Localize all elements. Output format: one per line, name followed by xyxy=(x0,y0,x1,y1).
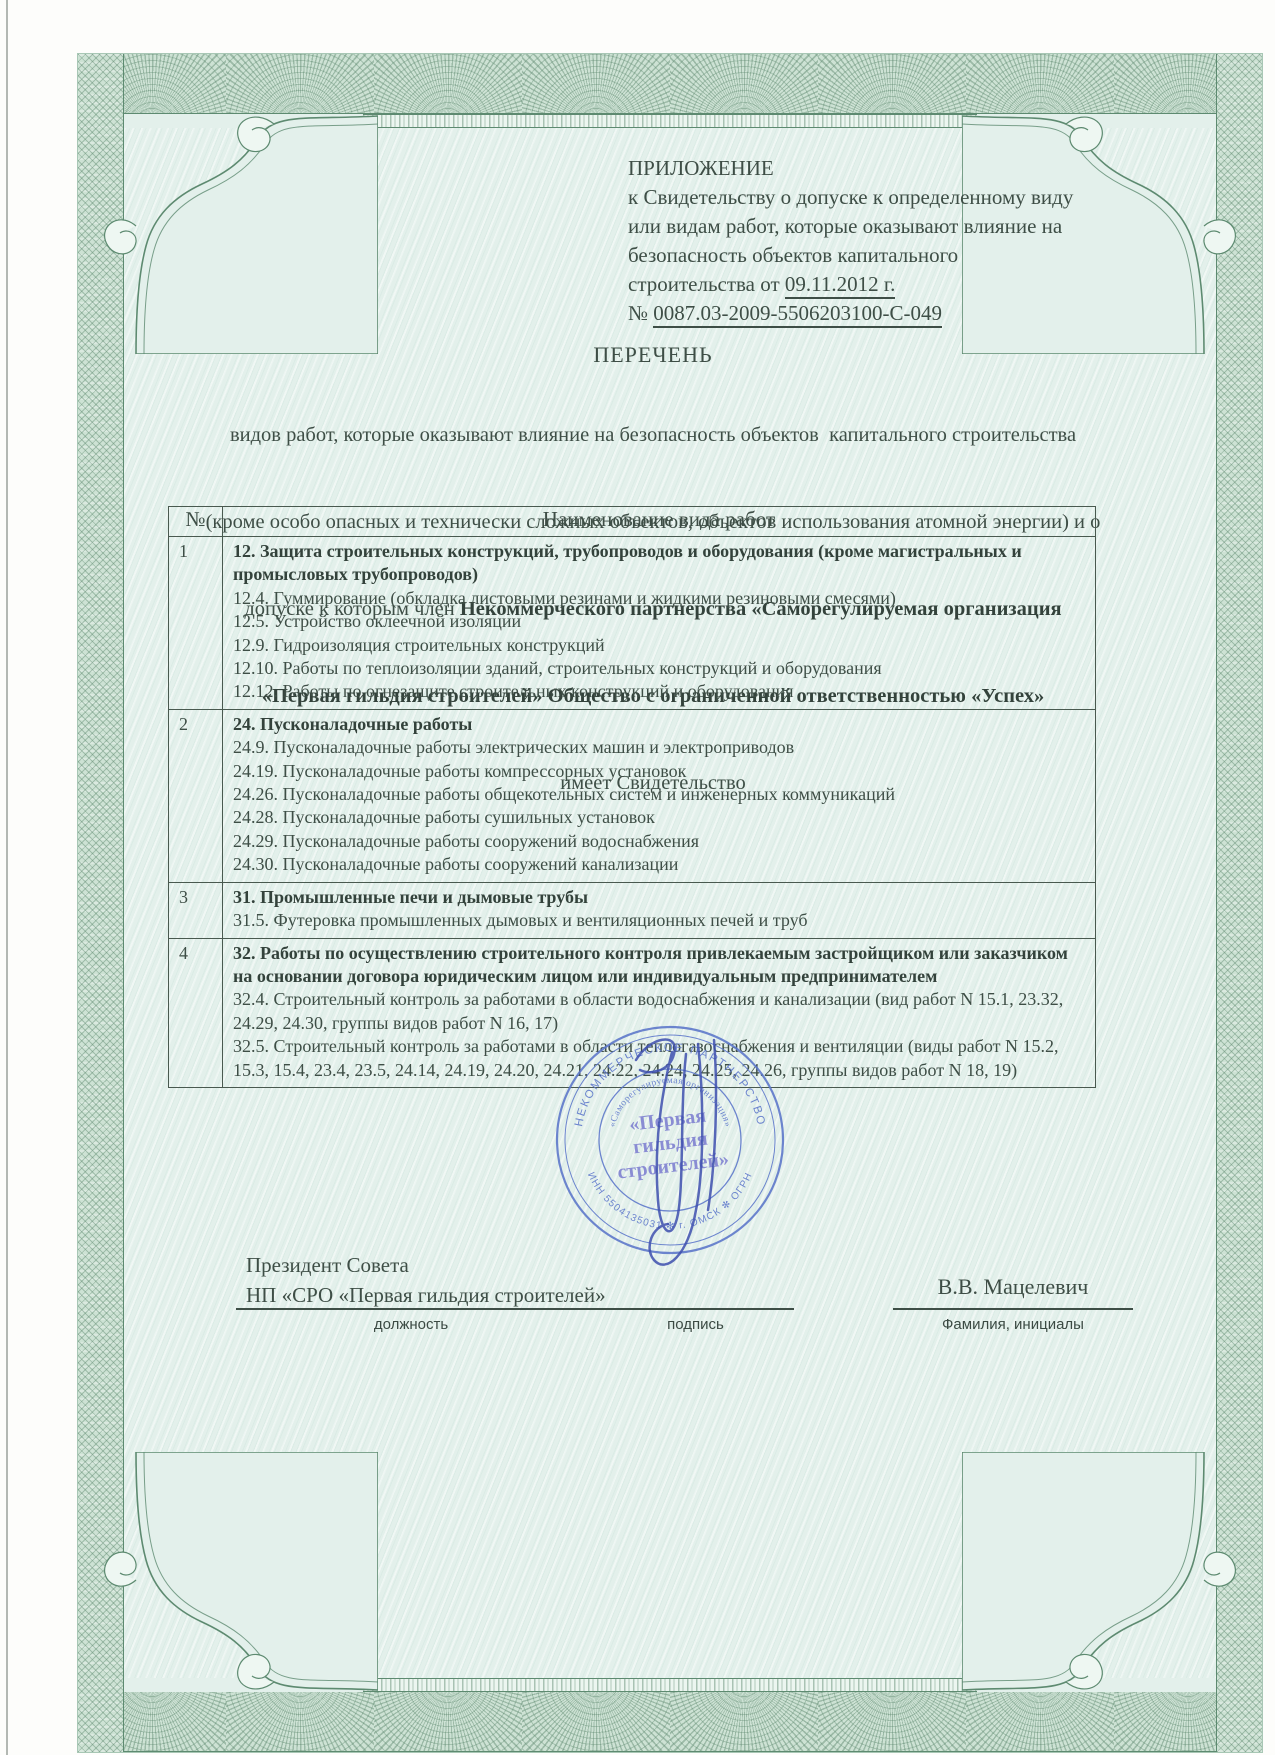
work-item: 12.4. Гуммирование (обкладка листовыми р… xyxy=(233,587,1087,610)
certificate-date: 09.11.2012 г. xyxy=(785,272,895,299)
work-group-title: 12. Защита строительных конструкций, тру… xyxy=(233,540,1087,587)
appendix-header: ПРИЛОЖЕНИЕ к Свидетельству о допуске к о… xyxy=(628,154,1108,328)
work-group-title: 32. Работы по осуществлению строительног… xyxy=(233,942,1087,989)
name-label: Фамилия, инициалы xyxy=(893,1316,1133,1333)
table-row: 1 12. Защита строительных конструкций, т… xyxy=(169,537,1096,710)
work-item: 24.28. Пусконаладочные работы сушильных … xyxy=(233,806,1087,829)
appendix-line: или видам работ, которые оказывают влиян… xyxy=(628,212,1108,241)
appendix-line: к Свидетельству о допуске к определенном… xyxy=(628,183,1108,212)
row-number: 2 xyxy=(169,709,223,882)
row-number: 3 xyxy=(169,882,223,938)
row-works: 12. Защита строительных конструкций, тру… xyxy=(223,537,1096,710)
work-item: 12.5. Устройство оклеечной изоляции xyxy=(233,610,1087,633)
signer-position-line: НП «СРО «Первая гильдия строителей» xyxy=(246,1280,606,1310)
work-item: 31.5. Футеровка промышленных дымовых и в… xyxy=(233,909,1087,932)
work-item: 24.9. Пусконаладочные работы электрическ… xyxy=(233,736,1087,759)
position-label: должность xyxy=(236,1316,586,1333)
appendix-number-line: № 0087.03-2009-5506203100-С-049 xyxy=(628,299,1108,328)
work-item: 24.29. Пусконаладочные работы сооружений… xyxy=(233,830,1087,853)
work-group-title: 31. Промышленные печи и дымовые трубы xyxy=(233,886,1087,909)
row-works: 24. Пусконаладочные работы 24.9. Пускона… xyxy=(223,709,1096,882)
work-item: 12.10. Работы по теплоизоляции зданий, с… xyxy=(233,657,1087,680)
row-number: 1 xyxy=(169,537,223,710)
work-item: 24.19. Пусконаладочные работы компрессор… xyxy=(233,760,1087,783)
row-number: 4 xyxy=(169,938,223,1087)
round-seal: НЕКОММЕРЧЕСКОЕ ПАРТНЕРСТВО ИНН 550413503… xyxy=(550,1020,790,1260)
column-header-name: Наименование вида работ xyxy=(223,507,1096,537)
sign-label: подпись xyxy=(598,1316,793,1333)
scanned-page: ПРИЛОЖЕНИЕ к Свидетельству о допуске к о… xyxy=(0,0,1275,1755)
date-prefix: строительства от xyxy=(628,272,785,296)
table-row: 2 24. Пусконаладочные работы 24.9. Пуско… xyxy=(169,709,1096,882)
work-item: 24.26. Пусконаладочные работы общекотель… xyxy=(233,783,1087,806)
row-works: 31. Промышленные печи и дымовые трубы 31… xyxy=(223,882,1096,938)
column-header-number: № xyxy=(169,507,223,537)
table-header-row: № Наименование вида работ xyxy=(169,507,1096,537)
appendix-line: безопасность объектов капитального xyxy=(628,241,1108,270)
table-row: 3 31. Промышленные печи и дымовые трубы … xyxy=(169,882,1096,938)
appendix-title: ПРИЛОЖЕНИЕ xyxy=(628,154,1108,183)
work-item: 12.9. Гидроизоляция строительных констру… xyxy=(233,634,1087,657)
work-group-title: 24. Пусконаладочные работы xyxy=(233,713,1087,736)
sign-signature-line xyxy=(598,1308,793,1310)
name-signature-line xyxy=(893,1308,1133,1310)
scanner-edge-line xyxy=(6,0,8,1755)
work-item: 24.30. Пусконаладочные работы сооружений… xyxy=(233,853,1087,876)
number-prefix: № xyxy=(628,301,653,325)
certificate-number: 0087.03-2009-5506203100-С-049 xyxy=(653,301,942,328)
intro-line: видов работ, которые оказывают влияние н… xyxy=(130,421,1176,450)
signer-name: В.В. Мацелевич xyxy=(893,1274,1133,1300)
work-item: 12.12. Работы по огнезащите строительных… xyxy=(233,680,1087,703)
works-table: № Наименование вида работ 1 12. Защита с… xyxy=(168,506,1096,1088)
certificate-sheet: ПРИЛОЖЕНИЕ к Свидетельству о допуске к о… xyxy=(78,54,1262,1752)
appendix-date-line: строительства от 09.11.2012 г. xyxy=(628,270,1108,299)
